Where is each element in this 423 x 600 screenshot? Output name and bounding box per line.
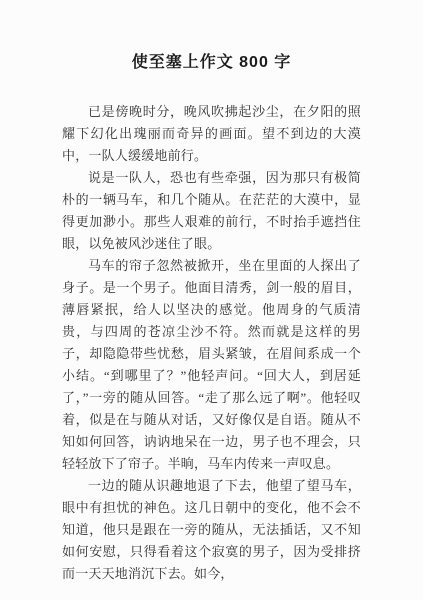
document-body: 已是傍晚时分，晚风吹拂起沙尘，在夕阳的照耀下幻化出瑰丽而奇异的画面。望不到边的大… xyxy=(62,101,361,585)
paragraph-2: 说是一队人，恐也有些牵强，因为那只有极简朴的一辆马车，和几个随从。在茫茫的大漠中… xyxy=(62,167,361,255)
document-title: 使至塞上作文 800 字 xyxy=(0,52,423,74)
paragraph-1: 已是傍晚时分，晚风吹拂起沙尘，在夕阳的照耀下幻化出瑰丽而奇异的画面。望不到边的大… xyxy=(62,101,361,167)
paragraph-3: 马车的帘子忽然被掀开，坐在里面的人探出了身子。是一个男子。他面目清秀，剑一般的眉… xyxy=(62,255,361,475)
document-page: 使至塞上作文 800 字 已是傍晚时分，晚风吹拂起沙尘，在夕阳的照耀下幻化出瑰丽… xyxy=(0,0,423,600)
paragraph-4: 一边的随从识趣地退了下去，他望了望马车，眼中有担忧的神色。这几日朝中的变化，他不… xyxy=(62,475,361,585)
